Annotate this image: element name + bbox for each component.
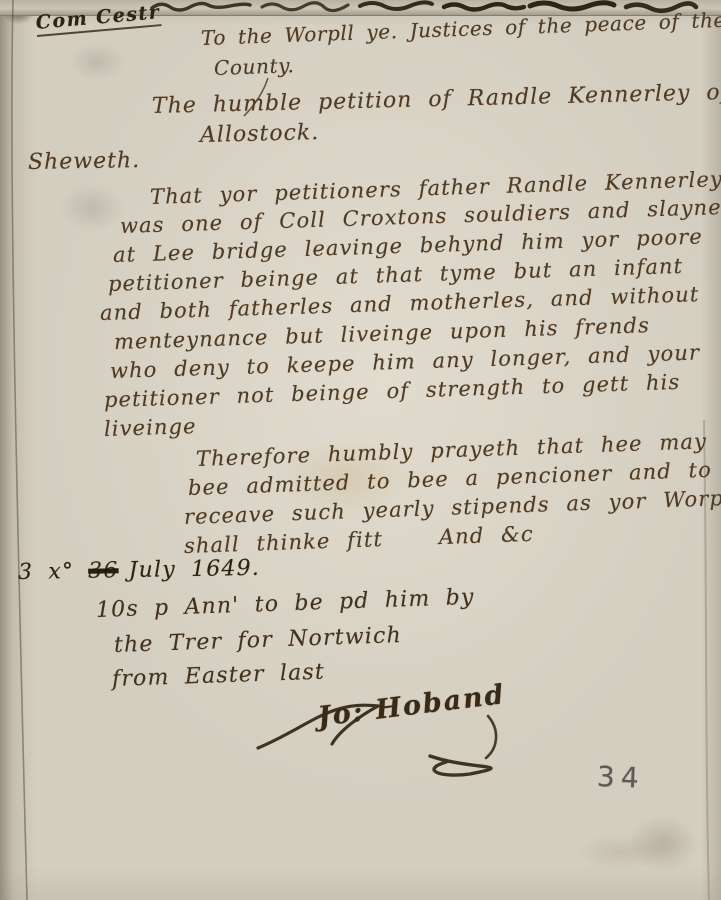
manuscript-scan: Com Cestr To the Worpll ye. Justices of … (0, 0, 721, 900)
folio-number: 34 (596, 760, 645, 795)
prayer-close: And &c (438, 522, 534, 549)
petition-title-line-2: Allostock. (200, 120, 320, 148)
order-date-prefix: 3 x° (18, 559, 75, 585)
sheweth-label: Sheweth. (28, 148, 141, 175)
order-deleted-word: 36 (88, 558, 119, 584)
order-date: July 1649. (128, 556, 260, 583)
order-date-line: 3 x°36July 1649. (18, 556, 260, 585)
body-line: liveinge (104, 414, 197, 441)
address-line-2: County. (214, 53, 295, 80)
